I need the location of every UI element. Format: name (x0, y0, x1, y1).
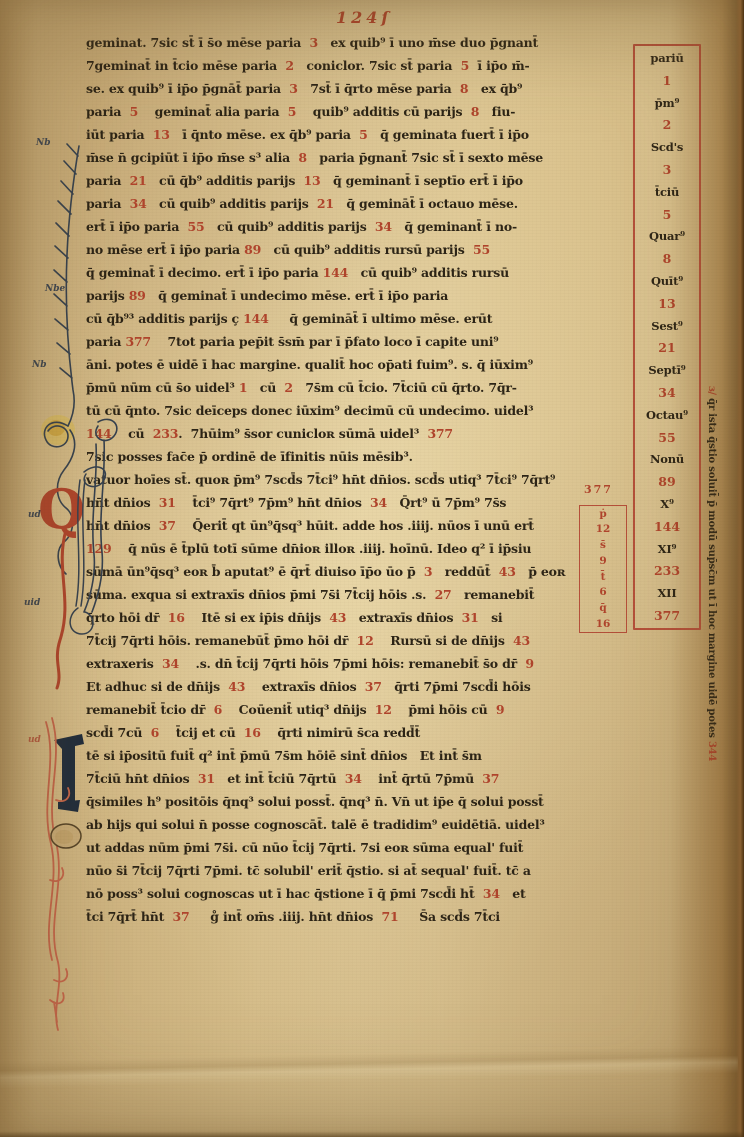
fib-value: 34 (658, 385, 675, 400)
text-segment: nūo s̄i 7t̄cij 7q̄rti 7p̄mi. tc̄ solubil… (86, 863, 531, 878)
folio-flourish-mark: ſ (381, 8, 388, 27)
parchment-crease (0, 1032, 738, 1095)
rubric-numeral: 3 (309, 35, 318, 50)
text-segment: sūma. exqua si extraxīs dn̄ios p̄mi 7s̄i… (86, 587, 435, 602)
text-segment: vatuor hoīes st̄. quoʀ p̄m⁹ 7scd̄s 7t̄ci… (86, 472, 555, 487)
text-segment: cū quib⁹ additis parijs (147, 196, 317, 211)
rubric-numeral: 129 (86, 541, 112, 556)
text-segment: q̄ gemināt̄ ī ultimo mēse. erūt (269, 311, 493, 326)
marginal-note-rotated: ɜ/ q̄r ista q̄stio soluit̄ p̄ modū sup̄s… (703, 386, 717, 796)
text-segment: . 7hūim⁹ s̄sor cunicloʀ sūmā uidel³ (178, 426, 427, 441)
rubric-numeral: 89 (129, 288, 146, 303)
rubric-numeral: 377 (427, 426, 453, 441)
text-segment: ert̄ ī ip̄o paria (86, 219, 188, 234)
solution-glyph: ṗ (599, 509, 606, 520)
rubric-numeral: 34 (483, 886, 500, 901)
rubric-numeral: 9 (525, 656, 534, 671)
text-segment: remanebit̄ t̄cio dr̄ (86, 702, 214, 717)
text-line: paria 377 7tot paria pep̄it s̄sm̄ par ī … (86, 330, 626, 353)
text-segment: ab hijs qui solui n̄ posse cognoscāt̄. t… (86, 817, 545, 832)
text-segment: paria (86, 196, 130, 211)
text-line: paria 5 geminat̄ alia paria 5 quib⁹ addi… (86, 100, 626, 123)
text-segment: Q̄erit̄ qt ūn⁹q̄sq³ hūit. adde hos .iiij… (176, 518, 534, 533)
fib-label: XI⁹ (658, 542, 677, 556)
text-line: ut addas nūm p̄mi 7s̄i. cū nūo t̄cij 7q̄… (86, 836, 626, 859)
text-segment: p̄mū nūm cū s̄o uidel³ (86, 380, 239, 395)
text-line: āni. potes ē uidē ī hac margine. qualit̄… (86, 353, 626, 376)
page-edge (736, 0, 744, 1137)
text-segment: 7st̄ ī q̄rto mēse paria (298, 81, 460, 96)
text-segment: no mēse ert̄ ī ip̄o paria (86, 242, 244, 257)
rubric-numeral: 16 (244, 725, 261, 740)
main-text: geminat. 7sic st̄ ī s̄o mēse paria 3 ex … (86, 31, 626, 928)
text-segment: q̄ geminant̄ ī no- (392, 219, 517, 234)
text-line: parijs 89 q̄ geminat̄ ī undecimo mēse. e… (86, 284, 626, 307)
rubric-numeral: 31 (198, 771, 215, 786)
fib-label: t̄ciū (655, 185, 679, 199)
fib-value: 21 (658, 340, 675, 355)
text-segment: iūt paria (86, 127, 153, 142)
fib-value: 1 (663, 73, 672, 88)
text-segment: sūmā ūn⁹q̄sq³ eoʀ b̄ aputat⁹ ē q̄rt̄ diu… (86, 564, 424, 579)
rubric-numeral: 13 (303, 173, 320, 188)
text-segment: 7tot paria pep̄it s̄sm̄ par ī p̄fato loc… (151, 334, 499, 349)
nota-mark: Nb (36, 138, 51, 148)
text-line: remanebit̄ t̄cio dr̄ 6 Coūenit̄ utiq³ dn… (86, 698, 626, 721)
text-segment: reddūt̄ (432, 564, 498, 579)
fib-value: 2 (663, 117, 672, 132)
rubric-numeral: 55 (473, 242, 490, 257)
text-segment: extraxīs dn̄ios (346, 610, 461, 625)
fib-label: Septī⁹ (648, 363, 685, 377)
rubric-numeral: 71 (381, 909, 398, 924)
text-line: Et adhuc si de dn̄ijs 43 extraxīs dn̄ios… (86, 675, 626, 698)
text-segment: parijs (86, 288, 129, 303)
rubric-numeral: 37 (482, 771, 499, 786)
text-segment: fiu- (479, 104, 515, 119)
text-segment: q̄rto hōi dr̄ (86, 610, 168, 625)
text-segment: 7t̄ciū hn̄t dn̄ios (86, 771, 198, 786)
fib-value: 377 (654, 608, 680, 623)
nota-mark: uid (24, 598, 40, 608)
text-segment: q̄ geminata fuert̄ ī ip̄o (368, 127, 529, 142)
solution-glyph: q̄ (599, 603, 606, 614)
rubric-numeral: 12 (357, 633, 374, 648)
rubric-numeral: 2 (284, 380, 293, 395)
text-segment: ī ip̄o m̄- (469, 58, 529, 73)
text-segment: q̄ nūs ē t̄plū totī sūme dn̄ioʀ illoʀ .i… (112, 541, 532, 556)
text-segment: cū q̄b⁹ additis parijs (147, 173, 304, 188)
fib-label: XII (657, 586, 676, 600)
text-segment: nō poss³ solui cognoscas ut ī hac q̄stio… (86, 886, 483, 901)
text-segment: 7sic posses fac̄e p̄ ordinē de īfinitis … (86, 449, 413, 464)
text-line: sūma. exqua si extraxīs dn̄ios p̄mi 7s̄i… (86, 583, 626, 606)
text-segment: p̄ eoʀ (516, 564, 566, 579)
text-segment: paria p̄gnant̄ 7sic st̄ ī sexto mēse (307, 150, 543, 165)
text-segment: hn̄t dn̄ios (86, 495, 159, 510)
text-segment: S̄a scd̄s 7t̄ci (398, 909, 499, 924)
fib-value: 233 (654, 563, 680, 578)
rubric-numeral: 37 (159, 518, 176, 533)
text-segment: si (479, 610, 503, 625)
text-line: 7t̄cij 7q̄rti hōis. remanebūt̄ p̄mo hōi … (86, 629, 626, 652)
rubric-numeral: 43 (513, 633, 530, 648)
rubric-numeral: 16 (168, 610, 185, 625)
fib-label: Quar⁹ (649, 229, 685, 243)
text-segment: m̄se n̄ gcipiūt ī ip̄o m̄se s³ alia (86, 150, 298, 165)
solution-box-note: 377 (584, 483, 613, 496)
text-line: q̄rto hōi dr̄ 16 Itē si ex ip̄is dn̄ijs … (86, 606, 626, 629)
ink-stain (41, 415, 75, 445)
text-segment: paria (86, 173, 130, 188)
fib-label: pariū (650, 51, 683, 65)
rubric-numeral: 5 (461, 58, 470, 73)
text-line: tū cū q̄nto. 7sic deīceps donec iūxim⁹ d… (86, 399, 626, 422)
parchment-hole (51, 824, 81, 848)
text-line: 7t̄ciū hn̄t dn̄ios 31 et int̄ t̄ciū 7q̄r… (86, 767, 626, 790)
text-segment: remanebit̄ (452, 587, 535, 602)
text-line: extraxeris 34 .s. dn̄ t̄cij 7q̄rti hōis … (86, 652, 626, 675)
text-segment: q̄ gemināt̄ ī octauo mēse. (334, 196, 518, 211)
text-line: se. ex quib⁹ ī ip̄o p̄gnāt̄ paria 3 7st̄… (86, 77, 626, 100)
rubric-numeral: 43 (228, 679, 245, 694)
rubric-numeral: 37 (365, 679, 382, 694)
text-segment: .s. dn̄ t̄cij 7q̄rti hōis 7p̄mi hōis: re… (179, 656, 525, 671)
text-segment: g̊ int̄ om̄s .iiij. hn̄t dn̄ios (190, 909, 382, 924)
rubric-numeral: 6 (151, 725, 160, 740)
manuscript-page: 124ſ geminat. 7sic st̄ ī s̄o mēse paria … (0, 0, 744, 1137)
rubric-numeral: 6 (214, 702, 223, 717)
rubric-numeral: 37 (173, 909, 190, 924)
marginal-note-lead: ɜ/ (706, 386, 717, 398)
solution-glyph: t̄ (601, 572, 606, 583)
fibonacci-table-body: pariū1p̄m⁹2Scd's3t̄ciū5Quar⁹8Quīt⁹13Sest… (635, 46, 699, 628)
rubric-numeral: 27 (435, 587, 452, 602)
text-segment: q̄ geminat̄ ī decimo. ert̄ ī ip̄o paria (86, 265, 323, 280)
text-segment: ī q̄nto mēse. ex q̄b⁹ paria (170, 127, 359, 142)
rubric-numeral: 5 (359, 127, 368, 142)
rubric-numeral: 21 (130, 173, 147, 188)
text-segment: t̄ci 7q̄rt̄ hn̄t (86, 909, 173, 924)
text-segment: et (500, 886, 526, 901)
text-line: scd̄i 7cū 6 t̄cij et cū 16 q̄rti nimirū … (86, 721, 626, 744)
text-segment: Coūenit̄ utiq³ dn̄ijs (222, 702, 375, 717)
text-segment: āni. potes ē uidē ī hac margine. qualit̄… (86, 357, 533, 372)
nota-mark: Nb (32, 360, 47, 370)
text-segment: Q̄rt⁹ ū 7p̄m⁹ 7s̄s (387, 495, 506, 510)
fib-value: 144 (654, 519, 680, 534)
text-segment: t̄ci⁹ 7q̄rt⁹ 7p̄m⁹ hn̄t dn̄ios (176, 495, 370, 510)
fib-value: 89 (658, 474, 675, 489)
text-segment: 7geminat̄ in t̄cio mēse paria (86, 58, 285, 73)
rubric-numeral: 34 (130, 196, 147, 211)
svg-text:Q: Q (38, 477, 85, 541)
text-segment: ut addas nūm p̄mi 7s̄i. cū nūo t̄cij 7q̄… (86, 840, 523, 855)
fib-value: 3 (663, 162, 672, 177)
fib-value: 5 (663, 207, 672, 222)
text-segment: 7t̄cij 7q̄rti hōis. remanebūt̄ p̄mo hōi … (86, 633, 357, 648)
text-line: no mēse ert̄ ī ip̄o paria 89 cū quib⁹ ad… (86, 238, 626, 261)
rubric-numeral: 9 (496, 702, 505, 717)
rubric-numeral: 144 (243, 311, 269, 326)
text-line: t̄ci 7q̄rt̄ hn̄t 37 g̊ int̄ om̄s .iiij. … (86, 905, 626, 928)
rubric-numeral: 12 (375, 702, 392, 717)
text-line: q̄similes h⁹ positōis q̄nq³ solui posst̄… (86, 790, 626, 813)
text-line: 144 cū 233. 7hūim⁹ s̄sor cunicloʀ sūmā u… (86, 422, 626, 445)
rubric-numeral: 34 (375, 219, 392, 234)
marginal-note-body: q̄r ista q̄stio soluit̄ p̄ modū sup̄sc̄m… (706, 398, 717, 741)
text-segment: cū quib⁹ additis rursū parijs (261, 242, 473, 257)
text-segment: tē si ip̄ositū fuit̄ q² int̄ p̄mū 7s̄m h… (86, 748, 482, 763)
text-line: p̄mū nūm cū s̄o uidel³ 1 cū 2 7s̄m cū t̄… (86, 376, 626, 399)
text-line: ab hijs qui solui n̄ posse cognoscāt̄. t… (86, 813, 626, 836)
text-segment: paria (86, 104, 130, 119)
text-segment: geminat̄ alia paria (138, 104, 288, 119)
rubric-numeral: 144 (323, 265, 349, 280)
marginal-note-tail: 344 (706, 741, 717, 761)
text-line: sūmā ūn⁹q̄sq³ eoʀ b̄ aputat⁹ ē q̄rt̄ diu… (86, 560, 626, 583)
text-line: nō poss³ solui cognoscas ut ī hac q̄stio… (86, 882, 626, 905)
initial-i (54, 734, 84, 812)
fib-label: Octau⁹ (646, 408, 688, 422)
solution-glyph: 16 (596, 619, 611, 630)
fib-label: X⁹ (660, 497, 674, 511)
text-segment: cū quib⁹ additis parijs (205, 219, 375, 234)
rubric-numeral: 43 (499, 564, 516, 579)
text-segment: q̄rti 7p̄mi 7scd̄i hōis (382, 679, 531, 694)
text-line: vatuor hoīes st̄. quoʀ p̄m⁹ 7scd̄s 7t̄ci… (86, 468, 626, 491)
text-segment: quib⁹ additis cū parijs (296, 104, 470, 119)
rubric-numeral: 89 (244, 242, 261, 257)
fibonacci-table: pariū1p̄m⁹2Scd's3t̄ciū5Quar⁹8Quīt⁹13Sest… (633, 44, 701, 630)
text-line: tē si ip̄ositū fuit̄ q² int̄ p̄mū 7s̄m h… (86, 744, 626, 767)
text-segment: se. ex quib⁹ ī ip̄o p̄gnāt̄ paria (86, 81, 289, 96)
nota-mark: ud (28, 510, 41, 520)
fib-label: Nonū (650, 452, 684, 466)
text-segment: Et adhuc si de dn̄ijs (86, 679, 228, 694)
text-segment: q̄rti nimirū s̄ca redd̄t̄ (261, 725, 420, 740)
text-segment: hn̄t dn̄ios (86, 518, 159, 533)
text-segment: extraxeris (86, 656, 162, 671)
text-segment: cū (247, 380, 284, 395)
fib-label: Sest⁹ (651, 319, 682, 333)
solution-glyph: 6 (599, 587, 606, 598)
fib-label: p̄m⁹ (655, 96, 680, 110)
text-line: hn̄t dn̄ios 31 t̄ci⁹ 7q̄rt⁹ 7p̄m⁹ hn̄t d… (86, 491, 626, 514)
rubric-numeral: 13 (153, 127, 170, 142)
red-vine-flourish (46, 718, 69, 1030)
rubric-numeral: 43 (329, 610, 346, 625)
text-segment: extraxīs dn̄ios (245, 679, 365, 694)
text-segment: int̄ q̄rtū 7p̄mū (362, 771, 483, 786)
rubric-numeral: 233 (153, 426, 179, 441)
folio-number: 124ſ (336, 8, 388, 27)
text-segment: scd̄i 7cū (86, 725, 151, 740)
text-segment: q̄ geminant̄ ī septīo ert̄ ī ip̄o (320, 173, 522, 188)
text-line: m̄se n̄ gcipiūt ī ip̄o m̄se s³ alia 8 pa… (86, 146, 626, 169)
fib-label: Quīt⁹ (651, 274, 683, 288)
text-line: ert̄ ī ip̄o paria 55 cū quib⁹ additis pa… (86, 215, 626, 238)
text-line: 7geminat̄ in t̄cio mēse paria 2 coniclor… (86, 54, 626, 77)
fib-value: 55 (658, 430, 675, 445)
rubric-numeral: 34 (345, 771, 362, 786)
text-segment: cū q̄b⁹³ additis parijs ç (86, 311, 243, 326)
text-line: cū q̄b⁹³ additis parijs ç 144 q̄ gemināt… (86, 307, 626, 330)
text-segment: Itē si ex ip̄is dn̄ijs (185, 610, 330, 625)
text-segment: ex q̄b⁹ (468, 81, 522, 96)
rubric-numeral: 21 (317, 196, 334, 211)
text-segment: coniclor. 7sic st̄ paria (294, 58, 461, 73)
rubric-numeral: 34 (370, 495, 387, 510)
text-line: 7sic posses fac̄e p̄ ordinē de īfinitis … (86, 445, 626, 468)
text-segment: geminat. 7sic st̄ ī s̄o mēse paria (86, 35, 309, 50)
rubric-numeral: 5 (130, 104, 139, 119)
text-segment: et int̄ t̄ciū 7q̄rtū (215, 771, 345, 786)
text-line: 129 q̄ nūs ē t̄plū totī sūme dn̄ioʀ illo… (86, 537, 626, 560)
fib-value: 8 (663, 251, 672, 266)
nota-mark: Nbe (45, 284, 65, 294)
text-line: q̄ geminat̄ ī decimo. ert̄ ī ip̄o paria … (86, 261, 626, 284)
text-segment: cū (112, 426, 153, 441)
text-line: hn̄t dn̄ios 37 Q̄erit̄ qt ūn⁹q̄sq³ hūit.… (86, 514, 626, 537)
text-line: nūo s̄i 7t̄cij 7q̄rti 7p̄mi. tc̄ solubil… (86, 859, 626, 882)
rubric-numeral: 55 (188, 219, 205, 234)
nota-mark: ud (28, 735, 41, 745)
text-segment: q̄similes h⁹ positōis q̄nq³ solui posst̄… (86, 794, 544, 809)
rubric-numeral: 34 (162, 656, 179, 671)
text-segment: 7s̄m cū t̄cio. 7t̄ciū cū q̄rto. 7q̄r- (293, 380, 517, 395)
text-segment: cū quib⁹ additis rursū (348, 265, 509, 280)
solution-box: ṗ12s̄9t̄6q̄16 (579, 505, 627, 633)
solution-glyph: s̄ (600, 540, 606, 551)
solution-glyph: 9 (599, 556, 606, 567)
solution-glyph: 12 (596, 524, 611, 535)
rubric-numeral: 31 (159, 495, 176, 510)
text-segment: tū cū q̄nto. 7sic deīceps donec iūxim⁹ d… (86, 403, 533, 418)
rubric-numeral: 8 (471, 104, 480, 119)
rubric-numeral: 31 (462, 610, 479, 625)
text-line: paria 34 cū quib⁹ additis parijs 21 q̄ g… (86, 192, 626, 215)
page-bottom-edge (0, 1131, 744, 1137)
text-line: iūt paria 13 ī q̄nto mēse. ex q̄b⁹ paria… (86, 123, 626, 146)
rubric-numeral: 3 (289, 81, 298, 96)
rubric-numeral: 8 (298, 150, 307, 165)
fib-label: Scd's (651, 140, 683, 154)
text-segment: q̄ geminat̄ ī undecimo mēse. ert̄ ī ip̄o… (146, 288, 448, 303)
rubric-numeral: 2 (285, 58, 294, 73)
text-line: paria 21 cū q̄b⁹ additis parijs 13 q̄ ge… (86, 169, 626, 192)
text-line: geminat. 7sic st̄ ī s̄o mēse paria 3 ex … (86, 31, 626, 54)
text-segment: ex quib⁹ ī uno m̄se duo p̄gnant̄ (318, 35, 538, 50)
text-segment: paria (86, 334, 125, 349)
text-segment: Rursū si de dn̄ijs (374, 633, 513, 648)
rubric-numeral: 377 (125, 334, 151, 349)
text-segment: p̄mi hōis cū (392, 702, 496, 717)
rubric-numeral: 144 (86, 426, 112, 441)
rubric-numeral: 5 (288, 104, 297, 119)
fib-value: 13 (658, 296, 675, 311)
text-segment: t̄cij et cū (159, 725, 244, 740)
